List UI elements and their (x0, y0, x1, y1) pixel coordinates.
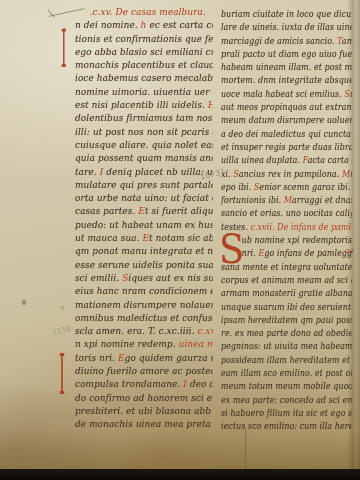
manuscript-text-line: xi. Sancius rex in pampilona. Munio (221, 168, 352, 181)
manuscript-text-line: sancio et orias. uno uocitas caligrame. (221, 207, 352, 220)
manuscript-text-line: presbiteri. et ubi blasona abb cum cile (75, 405, 213, 418)
manuscript-text-line: re. ex mea parte dono ad obedienciam (221, 327, 352, 340)
text-column-right: buriam ciuitate in loco que dicunt uilar… (221, 8, 352, 434)
manuscript-text-line: toris nri. Ego quidem gaurza ux blasger (75, 352, 213, 365)
parchment-stain (61, 306, 64, 309)
manuscript-text-line: ex mea parte: concedo ad sci emilini. et (221, 394, 352, 407)
manuscript-text-line: qm ponat manu integrata et nolet (75, 245, 213, 258)
manuscript-text-line: n xpi nomine redemp. uinea mealhabura. (75, 338, 213, 351)
manuscript-text-line: nomine uimoria. uiuentia uer urbe (75, 86, 213, 99)
manuscript-text-line: monachis placentibus et claudentibus (75, 59, 213, 72)
manuscript-text-line: prali pacto ut diam ego uiuo fuero: (221, 48, 352, 61)
manuscript-text-line: epo ibi. Senior scemn garoz ibi. Senio (221, 181, 352, 194)
manuscript-photo: .c.xv. De casas mealbura.n dei nomine. h… (0, 0, 360, 480)
manuscript-text-line: casas partes. Et si fuerit alique homo (75, 205, 213, 218)
manuscript-text-line: aut meos propinquos aut extraneos. hoc (221, 101, 352, 114)
illuminated-initial-right: S (219, 230, 244, 270)
manuscript-text-line: buriam ciuitate in loco que dicunt ui (221, 8, 352, 21)
manuscript-text-line: puedo: ut habeat unam ex hus migera (75, 219, 213, 232)
manuscript-text-line: habeam uineam illam. et post meam (221, 61, 352, 74)
manuscript-text-line: meum datum disrumpere uoluerit: sit (221, 114, 352, 127)
pencil-annotation-date-1158: 1158 (51, 324, 72, 337)
manuscript-text-line: dolentibus firmiamus tam nos qm (75, 112, 213, 125)
page-bottom-shadow (0, 429, 360, 469)
manuscript-text-line: pegninos: ut uiuita mea habeam et (221, 340, 352, 353)
manuscript-text-line: esse serune uidelis ponita sua sub (75, 259, 213, 272)
manuscript-text-line: cuiusque aliare. quia nolet eas casas (75, 139, 213, 152)
manuscript-text-line: eius hanc nram condicionem et confir (75, 285, 213, 298)
manuscript-text-line: orta urbe nata uino: ut faciat duas (75, 192, 213, 205)
manuscript-text-line: ioce habemus casero mecalaburia (75, 72, 213, 85)
manuscript-text-line: et insuper regis parte duas libras auri. (221, 141, 352, 154)
manuscript-text-line: mulatare qui pres sunt partale fro (75, 179, 213, 192)
manuscript-text-line: ut mauca sua. Et notam sic abonisse (75, 232, 213, 245)
manuscript-text-line: unaque suarum ibi deo seruienti mea (221, 301, 352, 314)
manuscript-text-line: lare de uineis. iuxta de illas uineas de (221, 21, 352, 34)
text-column-left: .c.xv. De casas mealbura.n dei nomine. h… (75, 6, 213, 432)
manuscript-text-line: tare. I deniq placet nb uilla: ut uille (75, 166, 213, 179)
manuscript-text-line: sci emilii. Siques aut ex nis supueus (75, 272, 213, 285)
manuscript-text-line: mationem disrumpere nolauerit: sit (75, 299, 213, 312)
illuminated-initial-top-left: I (61, 24, 67, 76)
manuscript-text-line: omnibus maledictus et confusus pena (75, 312, 213, 325)
manuscript-text-line: ipsam hereditatem qm paui posside (221, 314, 352, 327)
manuscript-text-line: quia possent quam mansis ancien (75, 152, 213, 165)
photo-edge-strip (0, 469, 360, 480)
manuscript-text-line: est nisi placentib illi uidelis. Heos qu… (75, 99, 213, 112)
manuscript-text-line: uilla uinea duplata. Facta carta era. T.… (221, 154, 352, 167)
manuscript-text-line: fortunionis ibi. Marraggi et dnas (221, 194, 352, 207)
page-edge-shadow (347, 0, 360, 469)
parchment-page: .c.xv. De casas mealbura.n dei nomine. h… (0, 0, 360, 469)
manuscript-text-line: tionis et confirmationis que fecimus (75, 33, 213, 46)
manuscript-text-line: ego abba blasio sci emiliani cum (75, 46, 213, 59)
manuscript-text-line: corpus et animam meam ad sci emilin (221, 274, 352, 287)
manuscript-text-line: do confirmo ad honorem sci emiliani (75, 392, 213, 405)
manuscript-text-line: scla amen. era. T. c.xc.iiii. c.xvi. De (75, 325, 213, 338)
manuscript-text-line: armam monasterii gratie albana: et (221, 287, 352, 300)
manuscript-text-line: n dei nomine. h ec est carta conuen (75, 19, 213, 32)
manuscript-text-line: .c.xv. De casas mealbura. (75, 6, 213, 19)
manuscript-text-line: compulsa trondamane. I deo dono (75, 378, 213, 391)
illuminated-initial-bottom-left: I (59, 348, 65, 404)
manuscript-text-line: uoce mala habeat sci emilius. Supra (221, 88, 352, 101)
manuscript-text-line: a deo dei maledictus qui cuncta creauit. (221, 128, 352, 141)
manuscript-text-line: si habuero filium ita sic et ego sit sub (221, 407, 352, 420)
manuscript-text-line: meum totum meum mobile quod est (221, 380, 352, 393)
manuscript-text-line: illi: ut post nos non sit pcaris ab ali (75, 126, 213, 139)
manuscript-text-line: eam illam sco emilino. et post obitum (221, 367, 352, 380)
manuscript-text-line: diuino fuerilo amore ac postea mane (75, 365, 213, 378)
manuscript-text-line: possideam illam hereditatem et serua (221, 354, 352, 367)
manuscript-text-line: mortem. dnm integritate absque dupla (221, 74, 352, 87)
parchment-stain (22, 300, 26, 305)
manuscript-text-line: marciaggi de amicis sancio. Tamen tali (221, 35, 352, 48)
